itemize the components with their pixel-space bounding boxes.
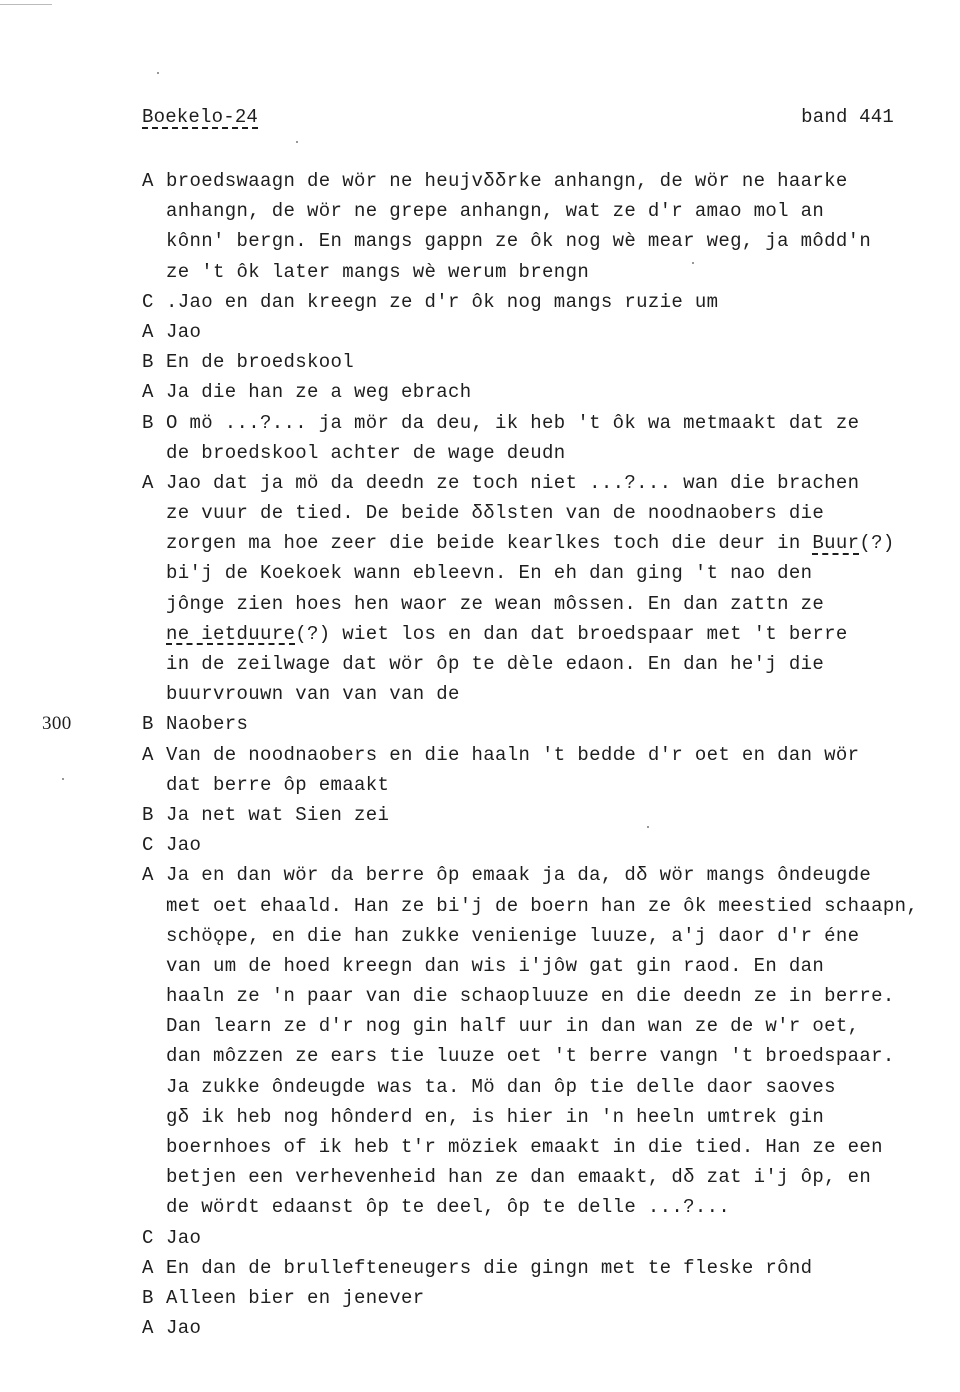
utterance-text: met oet ehaald. Han ze bi'j de boern han… [166,895,918,917]
speaker-turn: C.Jao en dan kreegn ze d'r ôk nog mangs … [142,287,960,317]
utterance-text: Jao [166,1227,201,1249]
transcript-line: AJa die han ze a weg ebrach [142,377,960,407]
transcript-line: AJa en dan wör da berre ôp emaak ja da, … [142,860,960,890]
speaker-label: A [142,166,166,196]
utterance-text: Alleen bier en jenever [166,1287,425,1309]
utterance-text: .Jao en dan kreegn ze d'r ôk nog mangs r… [166,291,718,313]
transcript-line: jônge zien hoes hen waor ze wean môssen.… [142,589,960,619]
transcript-line: BJa net wat Sien zei [142,800,960,830]
speaker-turn: 300BNaobers [142,709,960,739]
transcript-line: dat berre ôp emaakt [142,770,960,800]
speaker-turn: AJao [142,1313,960,1343]
utterance-text: Naobers [166,713,248,735]
speaker-label: C [142,287,166,317]
transcript-line: de wördt edaanst ôp te deel, ôp te delle… [142,1192,960,1222]
speaker-turn: CJao [142,830,960,860]
utterance-text: ze vuur de tied. De beide δδlsten van de… [166,502,824,524]
transcript-line: 300BNaobers [142,709,960,739]
utterance-text: de broedskool achter de wage deudn [166,442,566,464]
utterance-text: betjen een verhevenheid han ze dan emaak… [166,1166,871,1188]
utterance-text: in de zeilwage dat wör ôp te dèle edaon.… [166,653,824,675]
utterance-text: gδ ik heb nog hônderd en, is hier in 'n … [166,1106,824,1128]
utterance-text: Jao [166,1317,201,1339]
speaker-label: A [142,740,166,770]
speaker-turn: CJao [142,1223,960,1253]
speaker-turn: BEn de broedskool [142,347,960,377]
utterance-text: boernhoes of ik heb t'r möziek emaakt in… [166,1136,883,1158]
utterance-text: dan môzzen ze ears tie luuze oet 't berr… [166,1045,895,1067]
speaker-label: A [142,1313,166,1343]
speaker-turn: AJa die han ze a weg ebrach [142,377,960,407]
speaker-label: A [142,1253,166,1283]
utterance-text: Dan learn ze d'r nog gin half uur in dan… [166,1015,859,1037]
scan-speck [157,72,159,74]
speaker-label: B [142,800,166,830]
transcript-line: schöǫpe, en die han zukke venienige luuz… [142,921,960,951]
transcript-line: Ja zukke ôndeugde was ta. Mö dan ôp tie … [142,1072,960,1102]
transcript-line: C.Jao en dan kreegn ze d'r ôk nog mangs … [142,287,960,317]
utterance-text: anhangn, de wör ne grepe anhangn, wat ze… [166,200,824,222]
utterance-text: En de broedskool [166,351,354,373]
transcript-line: Abroedswaagn de wör ne heujvδδrke anhang… [142,166,960,196]
scan-speck [62,778,64,780]
utterance-text: Jao dat ja mö da deedn ze toch niet ...?… [166,472,859,494]
document-id: Boekelo-24 [142,106,258,128]
transcript-line: AVan de noodnaobers en die haaln 't bedd… [142,740,960,770]
transcript-line: in de zeilwage dat wör ôp te dèle edaon.… [142,649,960,679]
scan-speck [647,826,649,828]
speaker-turn: AJa en dan wör da berre ôp emaak ja da, … [142,860,960,1222]
utterance-text: jônge zien hoes hen waor ze wean môssen.… [166,593,824,615]
speaker-turn: AEn dan de brullefteneugers die gingn me… [142,1253,960,1283]
transcript-line: AEn dan de brullefteneugers die gingn me… [142,1253,960,1283]
utterance-text: zorgen ma hoe zeer die beide kearlkes to… [166,532,895,554]
utterance-text: kônn' bergn. En mangs gappn ze ôk nog wè… [166,230,871,252]
transcript-line: BO mö ...?... ja mör da deu, ik heb 't ô… [142,408,960,438]
scan-edge-mark [0,4,52,5]
speaker-label: A [142,377,166,407]
utterance-text: ne ietduure(?) wiet los en dan dat broed… [166,623,848,645]
transcript-line: ne ietduure(?) wiet los en dan dat broed… [142,619,960,649]
transcript-line: dan môzzen ze ears tie luuze oet 't berr… [142,1041,960,1071]
transcript-line: boernhoes of ik heb t'r möziek emaakt in… [142,1132,960,1162]
transcript-line: anhangn, de wör ne grepe anhangn, wat ze… [142,196,960,226]
transcript-line: CJao [142,830,960,860]
speaker-label: C [142,830,166,860]
transcript-line: Dan learn ze d'r nog gin half uur in dan… [142,1011,960,1041]
utterance-text: Ja die han ze a weg ebrach [166,381,472,403]
speaker-turn: AVan de noodnaobers en die haaln 't bedd… [142,740,960,800]
speaker-turn: Abroedswaagn de wör ne heujvδδrke anhang… [142,166,960,287]
scan-speck [692,262,694,264]
transcript-line: AJao dat ja mö da deedn ze toch niet ...… [142,468,960,498]
transcript-line: buurvrouwn van van van de [142,679,960,709]
speaker-label: C [142,1223,166,1253]
utterance-text: haaln ze 'n paar van die schaopluuze en … [166,985,895,1007]
utterance-text: Jao [166,834,201,856]
speaker-label: B [142,709,166,739]
transcript-line: ze 't ôk later mangs wè werum brengn [142,257,960,287]
utterance-text: schöǫpe, en die han zukke venienige luuz… [166,925,859,947]
transcript-line: BEn de broedskool [142,347,960,377]
transcript-line: de broedskool achter de wage deudn [142,438,960,468]
utterance-text: ze 't ôk later mangs wè werum brengn [166,261,589,283]
transcript-line: van um de hoed kreegn dan wis i'jôw gat … [142,951,960,981]
transcript-line: AJao [142,317,960,347]
utterance-text: buurvrouwn van van van de [166,683,460,705]
utterance-text: Ja en dan wör da berre ôp emaak ja da, d… [166,864,871,886]
utterance-text: dat berre ôp emaakt [166,774,389,796]
speaker-label: A [142,317,166,347]
speaker-turn: BAlleen bier en jenever [142,1283,960,1313]
utterance-text: van um de hoed kreegn dan wis i'jôw gat … [166,955,824,977]
speaker-turn: BJa net wat Sien zei [142,800,960,830]
utterance-text: Van de noodnaobers en die haaln 't bedde… [166,744,859,766]
transcript-line: haaln ze 'n paar van die schaopluuze en … [142,981,960,1011]
margin-line-number: 300 [42,709,72,739]
speaker-label: B [142,347,166,377]
speaker-label: B [142,1283,166,1313]
utterance-text: O mö ...?... ja mör da deu, ik heb 't ôk… [166,412,859,434]
utterance-text: Ja zukke ôndeugde was ta. Mö dan ôp tie … [166,1076,836,1098]
transcript-line: zorgen ma hoe zeer die beide kearlkes to… [142,528,960,558]
utterance-text: Jao [166,321,201,343]
transcript-line: BAlleen bier en jenever [142,1283,960,1313]
utterance-text: de wördt edaanst ôp te deel, ôp te delle… [166,1196,730,1218]
speaker-turn: BO mö ...?... ja mör da deu, ik heb 't ô… [142,408,960,468]
tape-number: band 441 [801,106,894,128]
scan-speck [296,141,298,143]
transcript-line: met oet ehaald. Han ze bi'j de boern han… [142,891,960,921]
speaker-label: A [142,468,166,498]
speaker-label: B [142,408,166,438]
utterance-text: Ja net wat Sien zei [166,804,389,826]
transcript-line: betjen een verhevenheid han ze dan emaak… [142,1162,960,1192]
transcript: Abroedswaagn de wör ne heujvδδrke anhang… [142,166,960,1343]
utterance-text: En dan de brullefteneugers die gingn met… [166,1257,812,1279]
speaker-turn: AJao dat ja mö da deedn ze toch niet ...… [142,468,960,710]
speaker-label: A [142,860,166,890]
transcript-line: bi'j de Koekoek wann ebleevn. En eh dan … [142,558,960,588]
utterance-text: bi'j de Koekoek wann ebleevn. En eh dan … [166,562,812,584]
utterance-text: broedswaagn de wör ne heujvδδrke anhangn… [166,170,848,192]
transcript-line: kônn' bergn. En mangs gappn ze ôk nog wè… [142,226,960,256]
transcript-line: gδ ik heb nog hônderd en, is hier in 'n … [142,1102,960,1132]
transcript-line: ze vuur de tied. De beide δδlsten van de… [142,498,960,528]
speaker-turn: AJao [142,317,960,347]
transcript-line: AJao [142,1313,960,1343]
transcript-line: CJao [142,1223,960,1253]
